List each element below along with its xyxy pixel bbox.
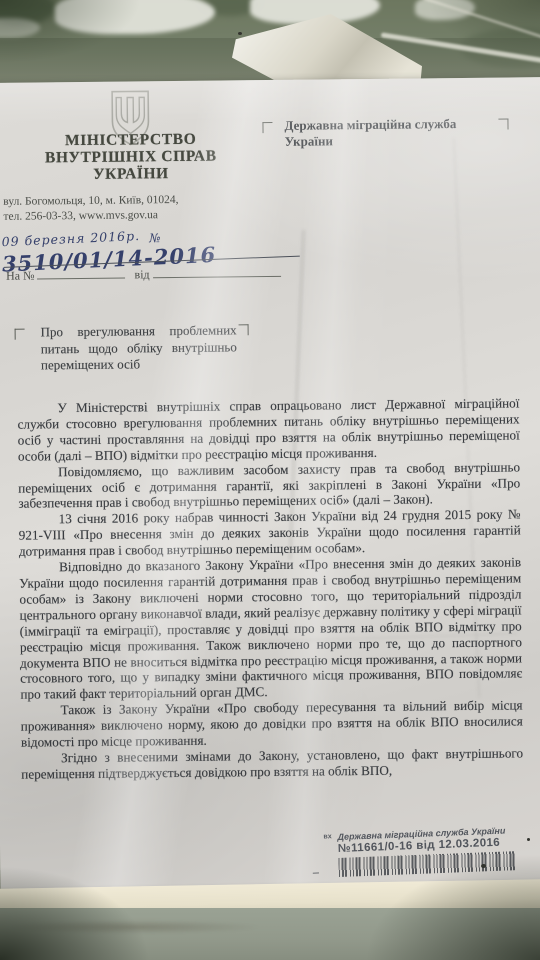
subject-block: Про врегулювання проблемних питань щодо …: [41, 322, 238, 374]
dust-speck: [481, 864, 486, 868]
incoming-stamp: вх Державна міграційна служба України №1…: [337, 825, 529, 877]
peeling-paint: [55, 0, 215, 34]
shelf-dirt: [10, 920, 260, 934]
ministry-address: вул. Богомольця, 10, м. Київ, 01024, тел…: [3, 192, 273, 225]
shelf-surface: [0, 908, 540, 960]
recipient-corner-mark-left: [262, 122, 272, 133]
subject-corner-mark-left: [15, 329, 25, 340]
dust-speck: [527, 838, 530, 841]
body-paragraph: Також із Закону України «Про свободу пер…: [21, 698, 523, 751]
peeling-paint: [0, 18, 40, 38]
document-page: МІНІСТЕРСТВО ВНУТРІШНІХ СПРАВ УКРАЇНИ ву…: [0, 77, 540, 889]
stamp-prefix: вх: [323, 833, 331, 840]
address-line: тел. 256-03-33, www.mvs.gov.ua: [3, 207, 273, 225]
stamp-dash: –: [313, 865, 320, 880]
body-paragraph: У Міністерстві внутрішніх справ опрацьов…: [17, 395, 520, 464]
body-paragraph: Повідомляємо, що важливим засобом захист…: [18, 459, 520, 512]
photo-of-document: МІНІСТЕРСТВО ВНУТРІШНІХ СПРАВ УКРАЇНИ ву…: [0, 0, 540, 960]
reference-date-blank: [152, 264, 280, 278]
body-paragraph: Згідно з внесеними змінами до Закону, ус…: [21, 745, 523, 782]
letter-body: У Міністерстві внутрішніх справ опрацьов…: [17, 395, 523, 782]
body-paragraph: 13 січня 2016 року набрав чинності Закон…: [19, 507, 521, 560]
reference-row: На № від: [6, 264, 281, 284]
ministry-name: МІНІСТЕРСТВО ВНУТРІШНІХ СПРАВ УКРАЇНИ: [0, 130, 263, 184]
dust-speck: [238, 32, 242, 35]
vid-label: від: [134, 267, 149, 281]
ministry-name-line: УКРАЇНИ: [0, 164, 263, 184]
number-sign: №: [149, 231, 161, 245]
recipient-line: України: [285, 132, 491, 150]
na-label: На №: [6, 268, 35, 282]
body-paragraph: Відповідно до вказаного Закону України «…: [19, 554, 522, 702]
recipient-corner-mark-right: [498, 119, 508, 130]
reference-number-blank: [37, 266, 125, 280]
subject-corner-mark-right: [239, 324, 249, 335]
barcode: [338, 851, 517, 877]
recipient-block: Державна міграційна служба України: [284, 116, 490, 150]
